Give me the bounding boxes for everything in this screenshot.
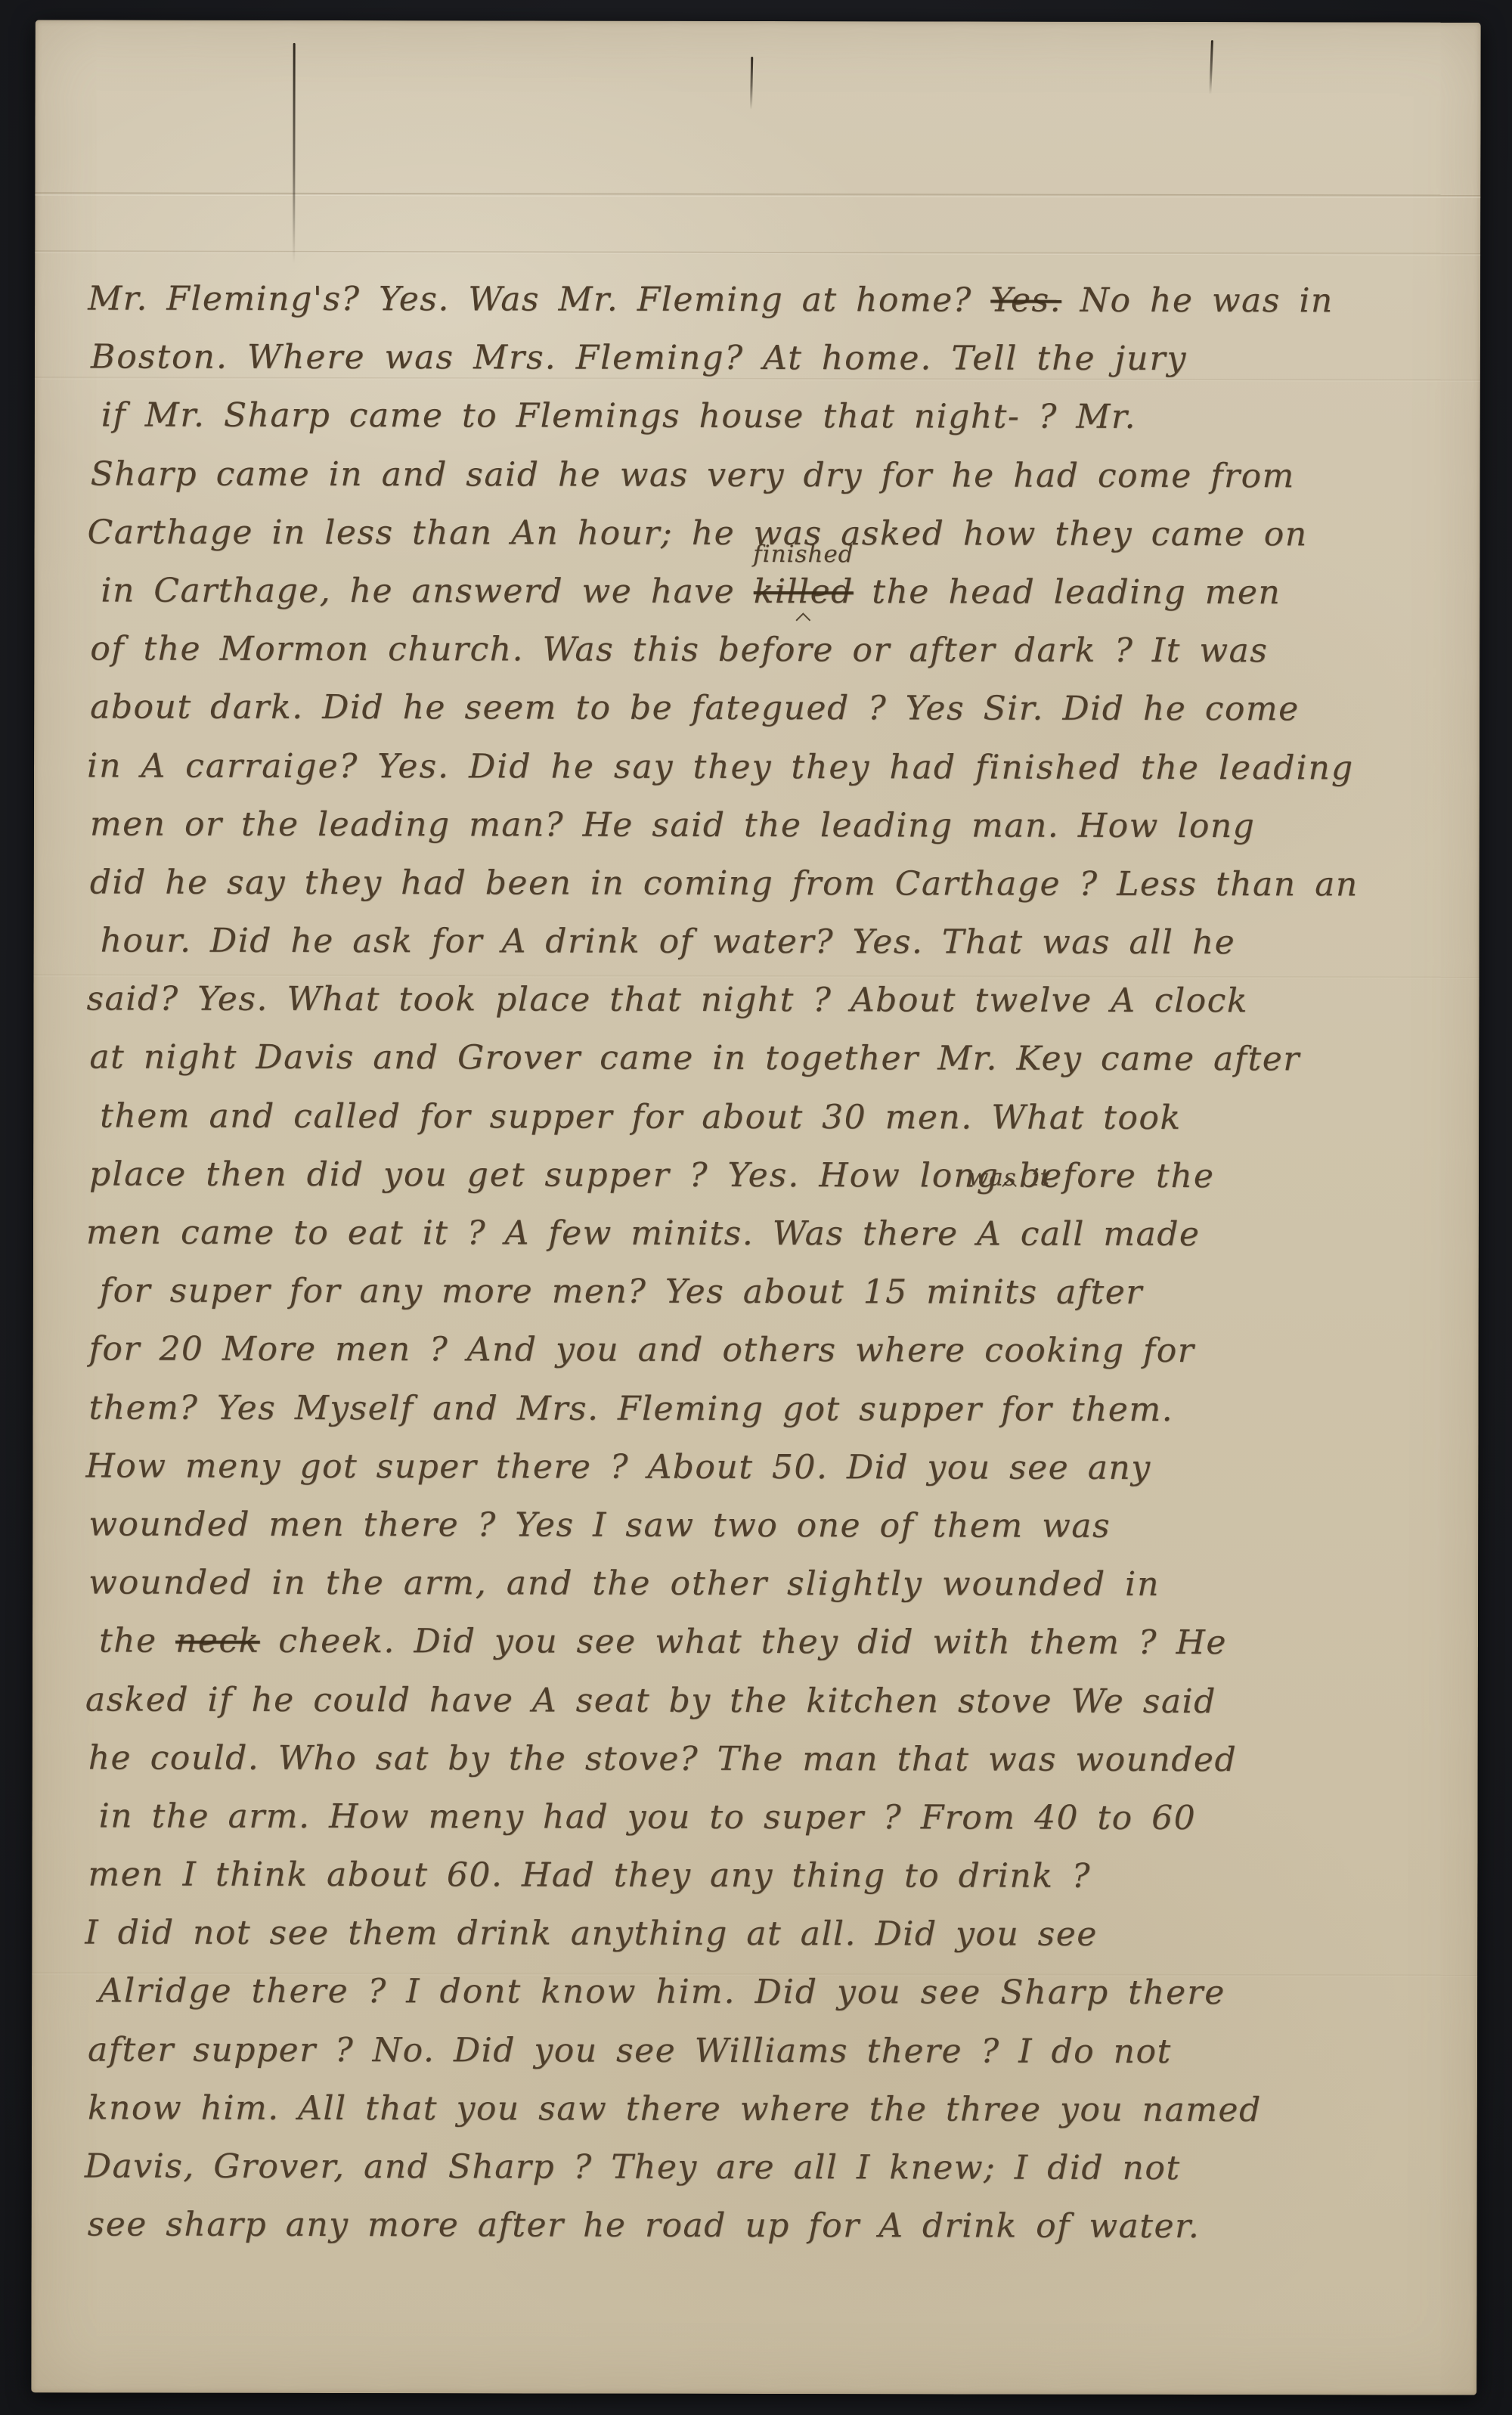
text-segment: said? Yes. What took place that night ? … bbox=[86, 980, 1248, 1021]
text-line: asked if he could have A seat by the kit… bbox=[85, 1670, 1458, 1731]
text-line: know him. All that you saw there where t… bbox=[88, 2079, 1458, 2139]
text-segment: cheek. Did you see what they did with th… bbox=[260, 1622, 1227, 1662]
text-segment: for 20 More men ? And you and others whe… bbox=[89, 1330, 1195, 1371]
text-line: Boston. Where was Mrs. Fleming? At home.… bbox=[91, 328, 1461, 389]
text-segment: men or the leading man? He said the lead… bbox=[90, 804, 1256, 845]
text-segment: neck bbox=[175, 1622, 260, 1660]
text-line: men or the leading man? He said the lead… bbox=[90, 795, 1460, 855]
text-line: Mr. Fleming's? Yes. Was Mr. Fleming at h… bbox=[88, 269, 1461, 330]
inserted-word-above-line: finished bbox=[753, 543, 854, 566]
text-line: Davis, Grover, and Sharp ? They are all … bbox=[85, 2137, 1458, 2197]
text-segment: Sharp came in and said he was very dry f… bbox=[91, 454, 1295, 495]
text-line: said? Yes. What took place that night ? … bbox=[86, 970, 1459, 1031]
text-segment: wounded in the arm, and the other slight… bbox=[88, 1564, 1160, 1604]
text-line: them? Yes Myself and Mrs. Fleming got su… bbox=[88, 1378, 1458, 1439]
text-line: wounded men there ? Yes I saw two one of… bbox=[88, 1495, 1458, 1555]
text-line: Sharp came in and said he was very dry f… bbox=[91, 445, 1461, 505]
text-segment: see sharp any more after he road up for … bbox=[88, 2206, 1201, 2246]
text-segment: of the Mormon church. Was this before or… bbox=[90, 630, 1268, 671]
photo-background: { "page": { "background_color": "#1a1b1f… bbox=[0, 0, 1512, 2415]
handwritten-text-block: Mr. Fleming's? Yes. Was Mr. Fleming at h… bbox=[88, 269, 1461, 2256]
text-line: wounded in the arm, and the other slight… bbox=[88, 1554, 1458, 1614]
text-segment: No he was in bbox=[1061, 281, 1334, 321]
text-line: after supper ? No. Did you see Williams … bbox=[88, 2020, 1458, 2081]
text-segment: men came to eat it ? A few minits. Was t… bbox=[86, 1213, 1201, 1254]
text-line: place then did you get supper ? Yes. How… bbox=[89, 1145, 1459, 1205]
text-segment: asked if he could have A seat by the kit… bbox=[85, 1680, 1216, 1721]
text-line: them and called for supper for about 30 … bbox=[100, 1087, 1459, 1147]
paper-slit-mark bbox=[750, 57, 753, 110]
text-line: hour. Did he ask for A drink of water? Y… bbox=[101, 912, 1460, 972]
text-segment: in Carthage, he answerd we have bbox=[101, 571, 753, 611]
text-segment: hour. Did he ask for A drink of water? Y… bbox=[101, 922, 1236, 963]
paper-fold-crease bbox=[35, 250, 1480, 255]
text-segment: he could. Who sat by the stove? The man … bbox=[88, 1738, 1238, 1779]
text-line: in Carthage, he answerd we have finished… bbox=[101, 561, 1460, 622]
text-segment: the head leading men bbox=[854, 572, 1281, 612]
paper-sheet: Mr. Fleming's? Yes. Was Mr. Fleming at h… bbox=[31, 20, 1480, 2395]
text-segment: the bbox=[99, 1622, 175, 1660]
text-line: about dark. Did he seem to be fategued ?… bbox=[90, 678, 1460, 739]
text-line: see sharp any more after he road up for … bbox=[88, 2196, 1458, 2256]
text-segment: after supper ? No. Did you see Williams … bbox=[88, 2030, 1172, 2071]
paper-fold-crease bbox=[35, 192, 1480, 197]
text-line: How meny got super there ? About 50. Did… bbox=[85, 1437, 1458, 1497]
text-segment: know him. All that you saw there where t… bbox=[88, 2088, 1262, 2129]
text-segment: men I think about 60. Had they any thing… bbox=[88, 1855, 1091, 1896]
text-line: in A carraige? Yes. Did he say they they… bbox=[87, 736, 1460, 797]
text-segment: Mr. Fleming's? Yes. Was Mr. Fleming at h… bbox=[88, 279, 990, 319]
paper-slit-mark bbox=[293, 43, 296, 264]
text-line: of the Mormon church. Was this before or… bbox=[90, 620, 1460, 680]
text-segment: in A carraige? Yes. Did he say they they… bbox=[87, 746, 1354, 787]
inline-insertion: finishedkilled bbox=[754, 563, 854, 621]
text-segment: at night Davis and Grover came in togeth… bbox=[89, 1038, 1300, 1079]
text-segment: wounded men there ? Yes I saw two one of… bbox=[88, 1505, 1111, 1545]
text-segment: in the arm. How meny had you to super ? … bbox=[99, 1797, 1197, 1837]
text-segment: Boston. Where was Mrs. Fleming? At home.… bbox=[91, 338, 1188, 379]
text-segment: for super for any more men? Yes about 15… bbox=[100, 1272, 1143, 1312]
text-segment: them? Yes Myself and Mrs. Fleming got su… bbox=[88, 1388, 1173, 1429]
text-segment: did he say they had been in coming from … bbox=[90, 863, 1359, 904]
text-line: at night Davis and Grover came in togeth… bbox=[89, 1028, 1459, 1089]
text-segment: How meny got super there ? About 50. Did… bbox=[85, 1446, 1151, 1487]
text-line: the neck cheek. Did you see what they di… bbox=[99, 1612, 1458, 1673]
paper-slit-mark bbox=[1209, 40, 1213, 95]
text-line: if Mr. Sharp came to Flemings house that… bbox=[101, 386, 1461, 447]
text-line: I did not see them drink anything at all… bbox=[85, 1904, 1458, 1964]
text-segment: Yes. bbox=[990, 281, 1061, 320]
text-segment: Alridge there ? I dont know him. Did you… bbox=[98, 1972, 1225, 2013]
text-segment: if Mr. Sharp came to Flemings house that… bbox=[101, 396, 1136, 436]
text-segment: about dark. Did he seem to be fategued ?… bbox=[90, 688, 1300, 729]
text-line: for super for any more men? Yes about 15… bbox=[100, 1262, 1459, 1322]
text-line: in the arm. How meny had you to super ? … bbox=[99, 1787, 1458, 1847]
text-segment: Carthage in less than An hour; he was as… bbox=[88, 513, 1308, 553]
text-segment: killed bbox=[754, 572, 854, 611]
text-line: did he say they had been in coming from … bbox=[90, 853, 1460, 913]
text-line: he could. Who sat by the stove? The man … bbox=[88, 1728, 1458, 1789]
text-line: for 20 More men ? And you and others whe… bbox=[89, 1320, 1459, 1381]
text-line: Alridge there ? I dont know him. Did you… bbox=[98, 1962, 1458, 2023]
text-segment: I did not see them drink anything at all… bbox=[85, 1914, 1098, 1954]
text-segment: them and called for supper for about 30 … bbox=[100, 1096, 1181, 1136]
text-line: men came to eat it ? A few minits. Was t… bbox=[86, 1203, 1459, 1263]
text-segment: Davis, Grover, and Sharp ? They are all … bbox=[85, 2147, 1181, 2187]
text-line: men I think about 60. Had they any thing… bbox=[88, 1846, 1458, 1906]
text-segment: place then did you get supper ? Yes. How… bbox=[89, 1155, 999, 1195]
